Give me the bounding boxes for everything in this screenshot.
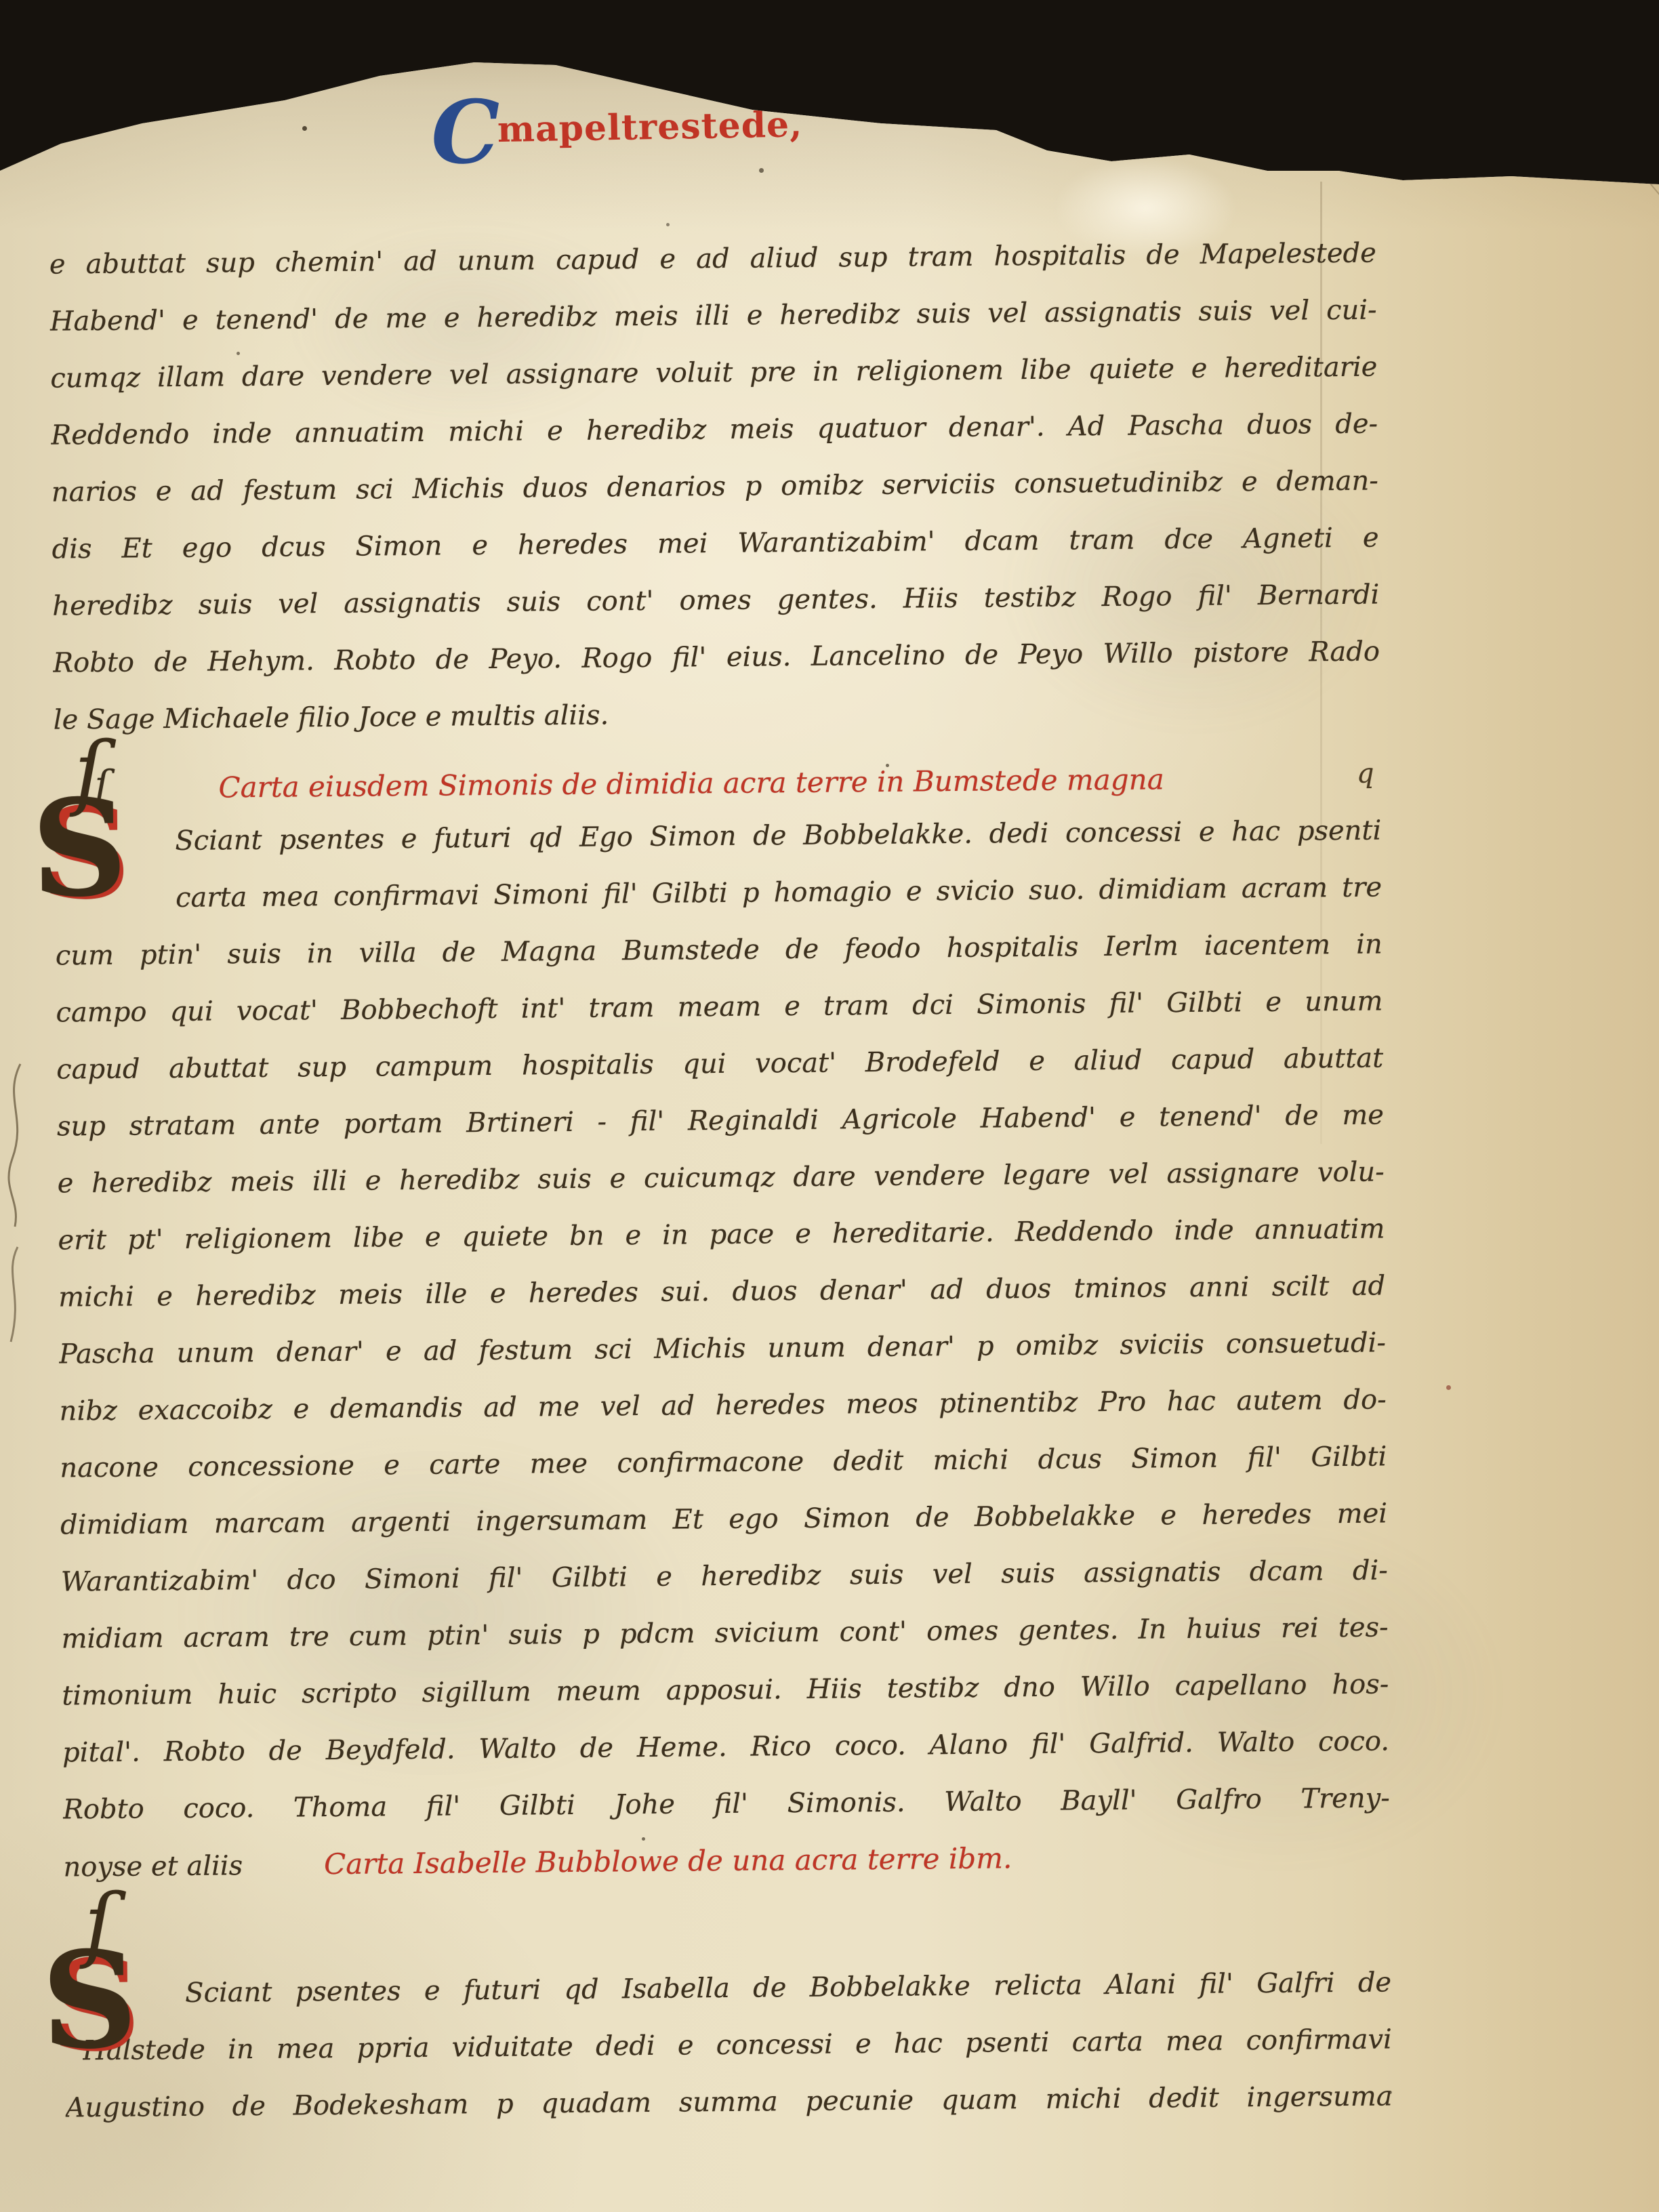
manuscript-photo: { "page": { "folio_number": "364", "head… (0, 0, 1659, 2212)
rubric-text: Carta eiusdem Simonis de dimidia acra te… (218, 762, 1164, 804)
quire-mark: q (1357, 745, 1374, 802)
manuscript-line: le Sage Michaele filio Joce e multis ali… (53, 680, 1380, 748)
charter-lines: Sciant psentes e futuri qd Ego Simon de … (54, 802, 1390, 1838)
page-heading: Cmapeltrestede, (434, 104, 802, 151)
text-block: e abuttat sup chemin' ad unum capud e ad… (49, 225, 1393, 2175)
parchment-page: Cmapeltrestede, 364 e abuttat sup chemin… (0, 0, 1659, 2212)
charter-lines: e abuttat sup chemin' ad unum capud e ad… (49, 225, 1381, 749)
diagonal-scratch (1518, 26, 1659, 271)
manuscript-line: carta mea confirmavi Simoni fil' Gilbti … (176, 859, 1382, 926)
pen-flourish: ſ (94, 762, 109, 808)
manuscript-line: Sciant psentes e futuri qd Ego Simon de … (175, 802, 1382, 869)
marginal-pen-marks (0, 1057, 54, 1369)
manuscript-line: Robto coco. Thoma fil' Gilbti Johe fil' … (62, 1769, 1390, 1838)
manuscript-line: Augustino de Bodekesham p quadam summa p… (65, 2068, 1393, 2136)
blue-paraph-mark: C (430, 81, 495, 184)
final-line-with-rubric: noyse et aliis Carta Isabelle Bubblowe d… (63, 1826, 1391, 1895)
heading-place-name: mapeltrestede (497, 104, 790, 151)
charter-continuation: e abuttat sup chemin' ad unum capud e ad… (49, 225, 1381, 749)
manuscript-line: Robto de Hehym. Robto de Peyo. Rogo fil'… (53, 623, 1380, 691)
torn-edge-shadow (0, 0, 1659, 230)
charter-isabelle: S S ſ Sciant psentes e futuri qd Isabell… (64, 1954, 1393, 2136)
charter-lines: Sciant psentes e futuri qd Isabella de B… (64, 1954, 1393, 2136)
ink-specks (0, 0, 2, 2)
final-line-black-text: noyse et aliis (63, 1837, 243, 1895)
initial-ascender-flourish: ſ (84, 1884, 115, 1965)
rubric-carta-isabelle: Carta Isabelle Bubblowe de una acra terr… (324, 1830, 1012, 1893)
heading-punctuation: , (790, 104, 802, 145)
charter-simonis: S S ſ Sciant psentes e futuri qd Ego Sim… (54, 802, 1391, 1895)
manuscript-line: Sciant psentes e futuri qd Isabella de B… (185, 1954, 1392, 2022)
